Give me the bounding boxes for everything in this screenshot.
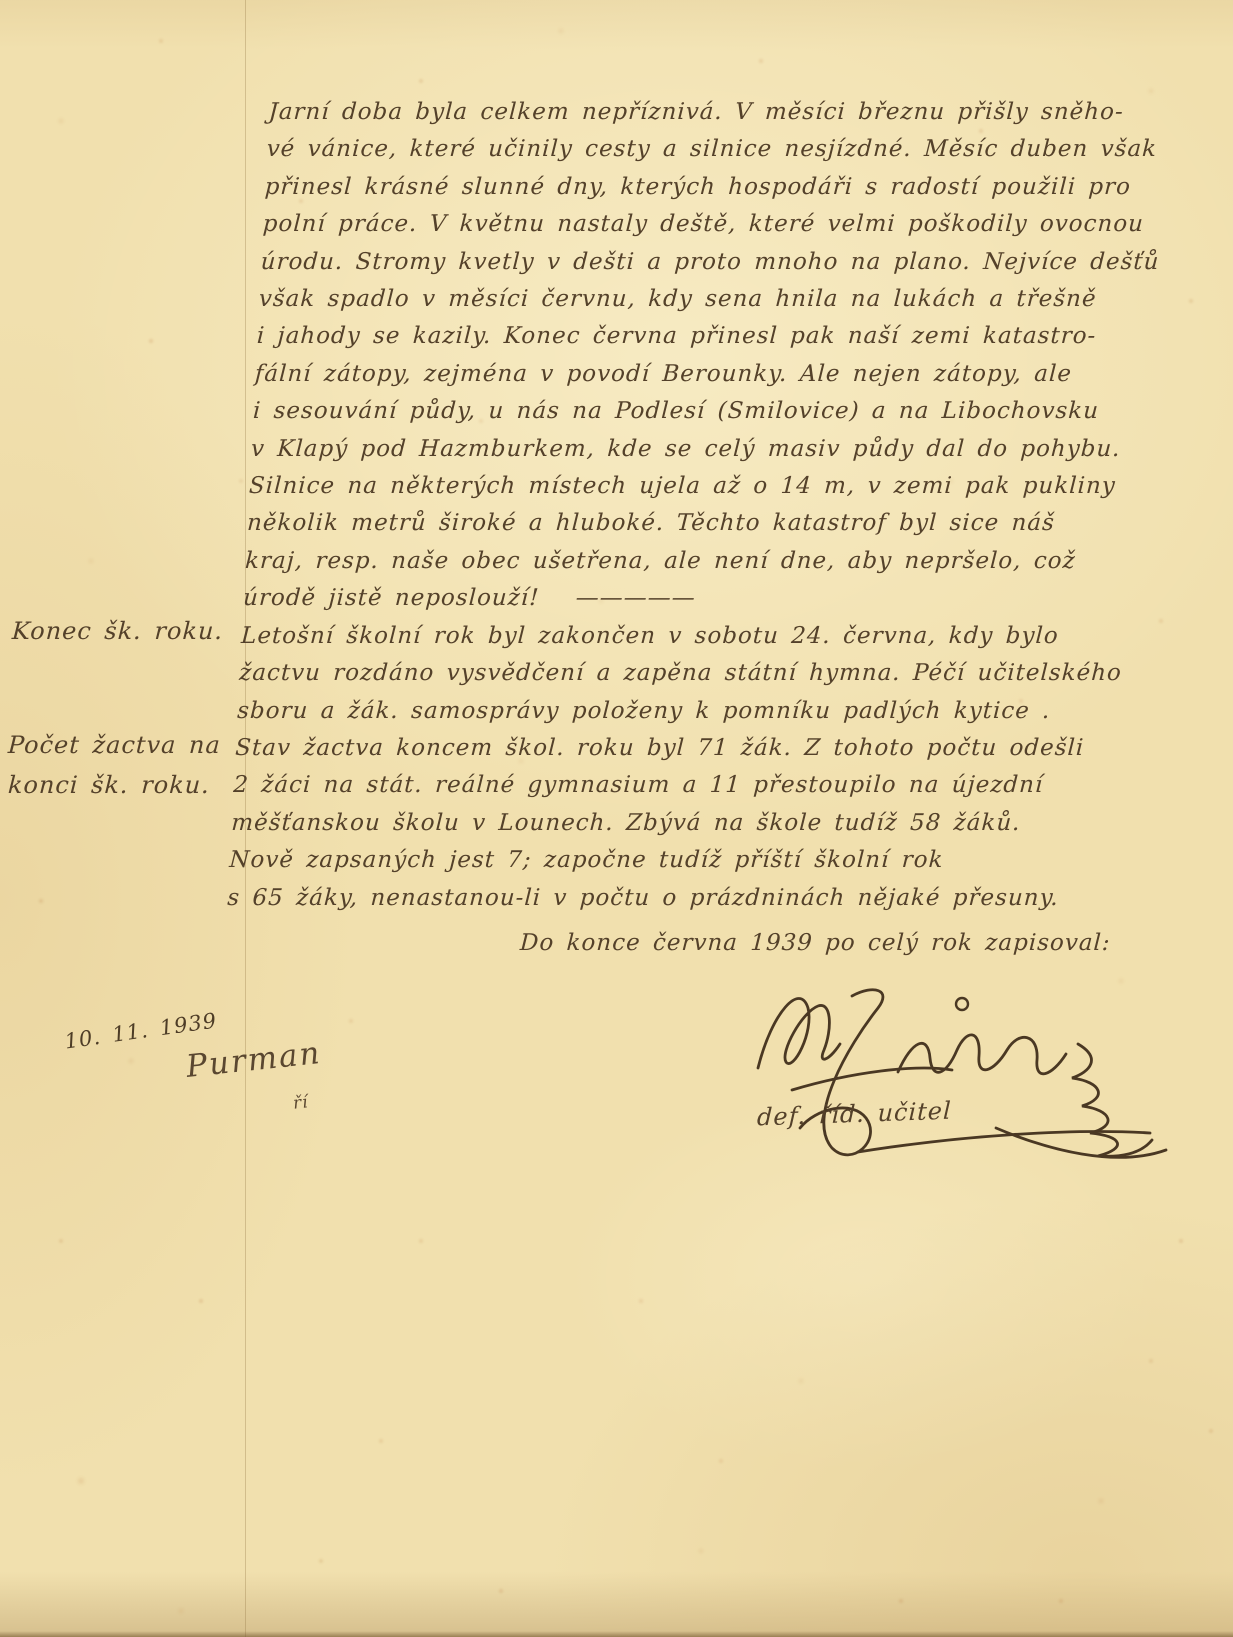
handwritten-line: s 65 žáky, nenastanou-li v počtu o prázd… <box>226 880 1188 917</box>
handwritten-line: i jahody se kazily. Konec června přinesl… <box>256 318 1218 355</box>
handwritten-line: vé vánice, které učinily cesty a silnice… <box>266 131 1228 168</box>
handwritten-line: Letošní školní rok byl zakončen v sobotu… <box>240 618 1202 655</box>
handwritten-line: však spadlo v měsíci červnu, kdy sena hn… <box>258 281 1220 318</box>
handwritten-line: několik metrů široké a hluboké. Těchto k… <box>246 505 1208 542</box>
margin-note-pupil-count-line1: Počet žactva na <box>7 726 222 764</box>
handwritten-line: Jarní doba byla celkem nepříznivá. V měs… <box>268 94 1230 131</box>
handwritten-line: Nově zapsaných jest 7; započne tudíž pří… <box>228 842 1190 879</box>
chronicle-page: Jarní doba byla celkem nepříznivá. V měs… <box>0 0 1233 1637</box>
secondary-signature: Purman <box>184 1035 323 1085</box>
handwritten-line: fální zátopy, zejména v povodí Berounky.… <box>254 356 1216 393</box>
handwritten-line: úrodě jistě neposlouží! ————— <box>242 580 1204 617</box>
signature-flourish <box>700 960 1180 1190</box>
handwritten-line: úrodu. Stromy kvetly v dešti a proto mno… <box>260 244 1222 281</box>
handwritten-line: přinesl krásné slunné dny, kterých hospo… <box>264 169 1226 206</box>
secondary-signature-note: ří <box>292 1092 310 1114</box>
main-text-block: Jarní doba byla celkem nepříznivá. V měs… <box>226 94 1229 917</box>
margin-note-end-of-year: Konec šk. roku. <box>11 612 224 650</box>
margin-note-pupil-count-line2: konci šk. roku. <box>7 766 211 804</box>
handwritten-line: v Klapý pod Hazmburkem, kde se celý masi… <box>250 431 1212 468</box>
handwritten-line: sboru a žák. samosprávy položeny k pomní… <box>236 693 1198 730</box>
handwritten-line: Silnice na některých místech ujela až o … <box>248 468 1210 505</box>
handwritten-line: polní práce. V květnu nastaly deště, kte… <box>262 206 1224 243</box>
handwritten-line: Stav žactva koncem škol. roku byl 71 žák… <box>234 730 1196 767</box>
handwritten-line: 2 žáci na stát. reálné gymnasium a 11 př… <box>232 767 1194 804</box>
foxing-spots <box>0 0 2 2</box>
handwritten-line: měšťanskou školu v Lounech. Zbývá na ško… <box>230 805 1192 842</box>
handwritten-line: i sesouvání půdy, u nás na Podlesí (Smil… <box>252 393 1214 430</box>
handwritten-line: kraj, resp. naše obec ušetřena, ale není… <box>244 543 1206 580</box>
closing-line: Do konce června 1939 po celý rok zapisov… <box>519 930 1111 956</box>
handwritten-line: žactvu rozdáno vysvědčení a zapěna státn… <box>238 655 1200 692</box>
